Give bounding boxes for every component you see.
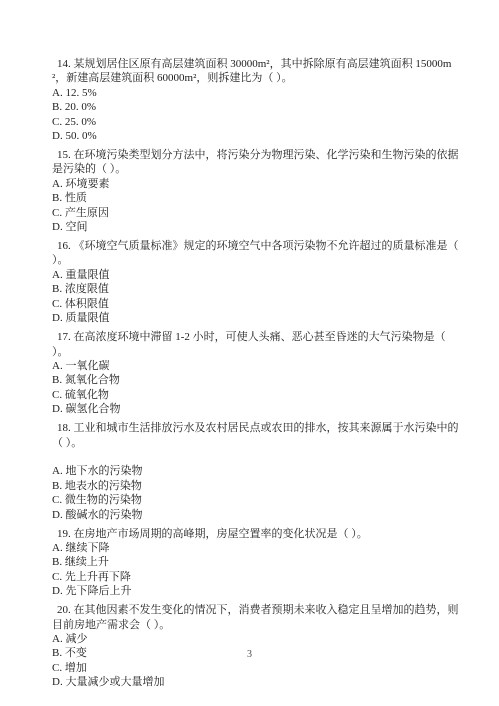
question-14: 14. 某规划居住区原有高层建筑面积 30000m²，其中拆除原有高层建筑面积 … — [52, 57, 463, 143]
option-d: D. 大量减少或大量增加 — [52, 675, 463, 689]
option-a: A. 重量限值 — [52, 268, 463, 282]
option-d: D. 质量限值 — [52, 311, 463, 325]
option-b: B. 继续上升 — [52, 555, 463, 569]
option-a: A. 环境要素 — [52, 177, 463, 191]
exam-document-page: 14. 某规划居住区原有高层建筑面积 30000m²，其中拆除原有高层建筑面积 … — [0, 0, 499, 706]
option-b: B. 20. 0% — [52, 100, 463, 114]
option-d: D. 碳氢化合物 — [52, 402, 463, 416]
option-c: C. 体积限值 — [52, 297, 463, 311]
option-d: D. 先下降后上升 — [52, 584, 463, 598]
question-20: 20. 在其他因素不发生变化的情况下，消费者预期未来收入稳定且呈增加的趋势，则目… — [52, 603, 463, 689]
question-19: 19. 在房地产市场周期的高峰期，房屋空置率的变化状况是（ ）。 A. 继续下降… — [52, 527, 463, 599]
option-c: C. 先上升再下降 — [52, 570, 463, 584]
option-b: B. 氮氧化合物 — [52, 373, 463, 387]
option-a: A. 地下水的污染物 — [52, 464, 463, 478]
option-c: C. 增加 — [52, 661, 463, 675]
option-d: D. 50. 0% — [52, 129, 463, 143]
question-17: 17. 在高浓度环境中滞留 1-2 小时，可使人头痛、恶心甚至昏迷的大气污染物是… — [52, 330, 463, 416]
page-number: 3 — [0, 649, 499, 660]
question-stem: 14. 某规划居住区原有高层建筑面积 30000m²，其中拆除原有高层建筑面积 … — [52, 57, 463, 86]
option-c: C. 产生原因 — [52, 206, 463, 220]
question-16: 16. 《环境空气质量标准》规定的环境空气中各项污染物不允许超过的质量标准是（ … — [52, 239, 463, 325]
option-a: A. 12. 5% — [52, 86, 463, 100]
question-18: 18. 工业和城市生活排放污水及农村居民点或农田的排水，按其来源属于水污染中的（… — [52, 421, 463, 522]
option-d: D. 空间 — [52, 220, 463, 234]
option-a: A. 减少 — [52, 632, 463, 646]
question-stem: 20. 在其他因素不发生变化的情况下，消费者预期未来收入稳定且呈增加的趋势，则目… — [52, 603, 463, 632]
option-b: B. 地表水的污染物 — [52, 479, 463, 493]
option-c: C. 25. 0% — [52, 115, 463, 129]
option-b: B. 浓度限值 — [52, 282, 463, 296]
question-stem: 16. 《环境空气质量标准》规定的环境空气中各项污染物不允许超过的质量标准是（ … — [52, 239, 463, 268]
question-stem: 18. 工业和城市生活排放污水及农村居民点或农田的排水，按其来源属于水污染中的（… — [52, 421, 463, 450]
option-d: D. 酸碱水的污染物 — [52, 508, 463, 522]
question-stem: 15. 在环境污染类型划分方法中，将污染分为物理污染、化学污染和生物污染的依据是… — [52, 148, 463, 177]
question-stem: 19. 在房地产市场周期的高峰期，房屋空置率的变化状况是（ ）。 — [52, 527, 463, 541]
option-a: A. 继续下降 — [52, 541, 463, 555]
option-b: B. 性质 — [52, 191, 463, 205]
option-c: C. 硫氧化物 — [52, 388, 463, 402]
question-stem: 17. 在高浓度环境中滞留 1-2 小时，可使人头痛、恶心甚至昏迷的大气污染物是… — [52, 330, 463, 359]
option-a: A. 一氧化碳 — [52, 359, 463, 373]
question-15: 15. 在环境污染类型划分方法中，将污染分为物理污染、化学污染和生物污染的依据是… — [52, 148, 463, 234]
option-c: C. 微生物的污染物 — [52, 493, 463, 507]
